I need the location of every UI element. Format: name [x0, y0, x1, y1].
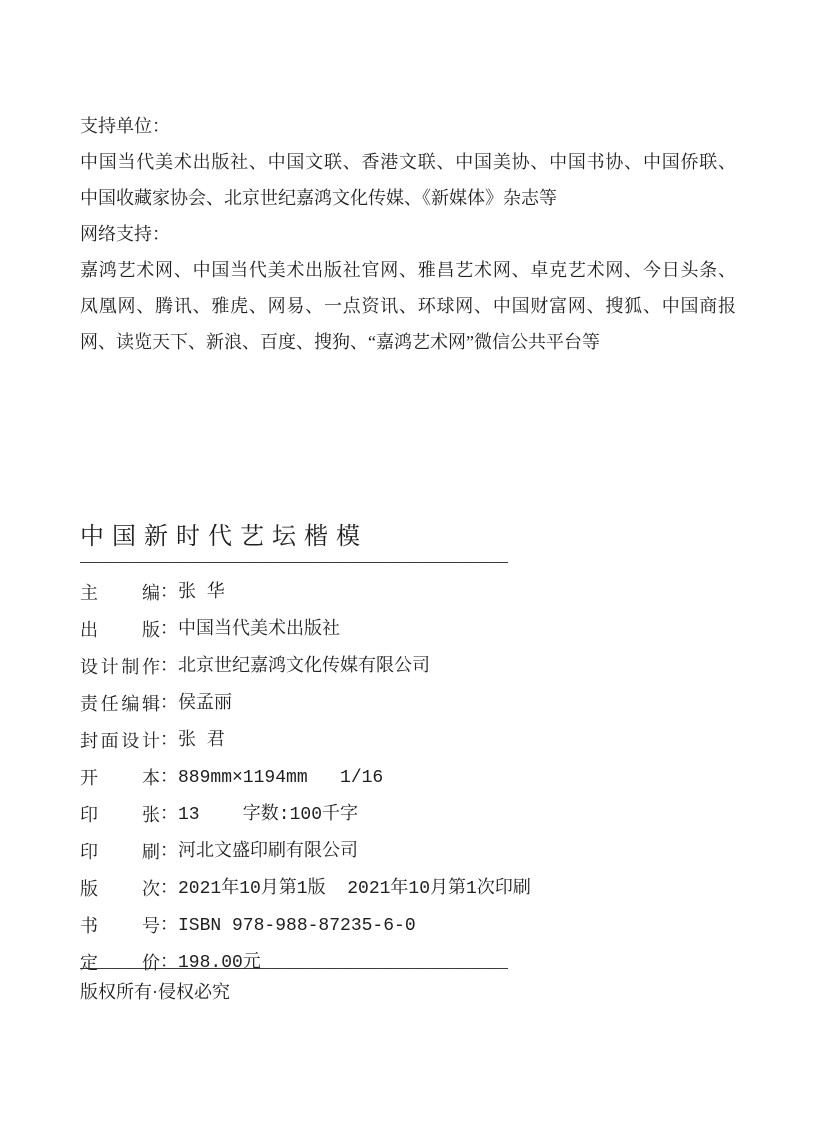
colophon-colon: ：: [160, 722, 178, 757]
support-units-line-1: 中国当代美术出版社、中国文联、香港文联、中国美协、中国书协、中国侨联、: [80, 144, 736, 180]
colophon-value: ISBN 978-988-87235-6-0: [178, 916, 416, 936]
title-divider: ————————————————————————: [80, 551, 508, 571]
network-support-line-2: 凤凰网、腾讯、雅虎、网易、一点资讯、环球网、中国财富网、搜狐、中国商报: [80, 288, 736, 324]
colophon-value: 2021年10月第1版 2021年10月第1次印刷: [178, 879, 531, 899]
network-support-line-3: 网、读览天下、新浪、百度、搜狗、“嘉鸿艺术网”微信公共平台等: [80, 324, 736, 360]
colophon-colon: ：: [160, 685, 178, 720]
support-units-line-2: 中国收藏家协会、北京世纪嘉鸿文化传媒、《新媒体》杂志等: [80, 180, 736, 216]
colophon-row-publisher: 出版：中国当代美术出版社: [80, 611, 736, 648]
colophon-details: 主编：张 华 出版：中国当代美术出版社 设计制作：北京世纪嘉鸿文化传媒有限公司 …: [80, 574, 736, 981]
colophon-value: 北京世纪嘉鸿文化传媒有限公司: [178, 657, 430, 677]
colophon-value: 889mm×1194mm 1/16: [178, 768, 383, 788]
colophon-label: 责任编辑: [80, 687, 160, 722]
colophon-label: 书号: [80, 909, 160, 944]
colophon-colon: ：: [160, 796, 178, 831]
colophon-value: 张 华: [178, 583, 225, 603]
colophon-label: 封面设计: [80, 724, 160, 759]
colophon-row-chief-editor: 主编：张 华: [80, 574, 736, 611]
colophon-row-cover-design: 封面设计：张 君: [80, 722, 736, 759]
network-support-line-1: 嘉鸿艺术网、中国当代美术出版社官网、雅昌艺术网、卓克艺术网、今日头条、: [80, 252, 736, 288]
colophon-label: 印张: [80, 798, 160, 833]
support-units-heading: 支持单位：: [80, 108, 736, 144]
colophon-colon: ：: [160, 833, 178, 868]
colophon-label: 主编: [80, 576, 160, 611]
book-title: 中国新时代艺坛楷模: [80, 521, 368, 553]
colophon-row-edition: 版次：2021年10月第1版 2021年10月第1次印刷: [80, 870, 736, 907]
colophon-value: 13 字数:100千字: [178, 805, 358, 825]
colophon-row-sheets-wordcount: 印张：13 字数:100千字: [80, 796, 736, 833]
colophon-row-design-production: 设计制作：北京世纪嘉鸿文化传媒有限公司: [80, 648, 736, 685]
colophon-colon: ：: [160, 907, 178, 942]
colophon-value: 侯孟丽: [178, 694, 232, 714]
colophon-label: 印刷: [80, 835, 160, 870]
colophon-colon: ：: [160, 870, 178, 905]
colophon-colon: ：: [160, 648, 178, 683]
colophon-colon: ：: [160, 574, 178, 609]
colophon-row-isbn: 书号：ISBN 978-988-87235-6-0: [80, 907, 736, 944]
colophon-label: 设计制作: [80, 650, 160, 685]
book-copyright-page: 支持单位： 中国当代美术出版社、中国文联、香港文联、中国美协、中国书协、中国侨联…: [0, 0, 827, 1122]
colophon-label: 版次: [80, 872, 160, 907]
colophon-colon: ：: [160, 611, 178, 646]
colophon-colon: ：: [160, 759, 178, 794]
footer-divider: ————————————————————————: [80, 957, 508, 977]
network-support-heading: 网络支持：: [80, 216, 736, 252]
colophon-label: 出版: [80, 613, 160, 648]
colophon-row-format: 开本：889mm×1194mm 1/16: [80, 759, 736, 796]
colophon-value: 河北文盛印刷有限公司: [178, 842, 358, 862]
colophon-value: 中国当代美术出版社: [178, 620, 340, 640]
colophon-row-printer: 印刷：河北文盛印刷有限公司: [80, 833, 736, 870]
colophon-label: 开本: [80, 761, 160, 796]
copyright-notice: 版权所有·侵权必究: [80, 980, 230, 1004]
support-network-block: 支持单位： 中国当代美术出版社、中国文联、香港文联、中国美协、中国书协、中国侨联…: [80, 108, 736, 360]
colophon-row-responsible-editor: 责任编辑：侯孟丽: [80, 685, 736, 722]
colophon-value: 张 君: [178, 731, 225, 751]
